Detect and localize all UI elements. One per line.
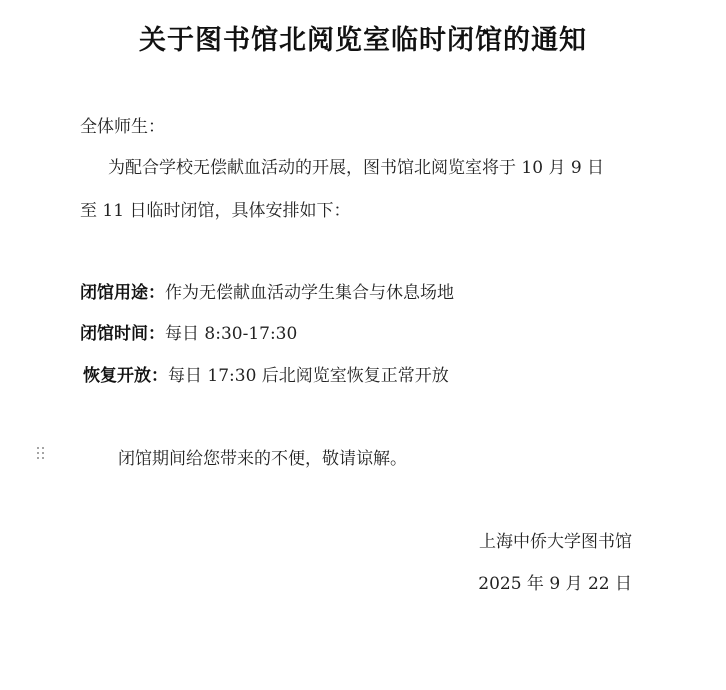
intro-line-1: 为配合学校无偿献血活动的开展，图书馆北阅览室将于 10 月 9 日: [108, 153, 604, 178]
detail-reopen-label: 恢复开放：: [83, 366, 168, 386]
apology: 闭馆期间给您带来的不便，敬请谅解。: [118, 444, 407, 469]
notice-title: 关于图书馆北阅览室临时闭馆的通知: [0, 18, 726, 57]
detail-purpose-label: 闭馆用途：: [80, 283, 165, 303]
detail-time-value: 每日 8:30-17:30: [165, 324, 297, 344]
signature: 上海中侨大学图书馆: [479, 527, 632, 552]
intro-line-2: 至 11 日临时闭馆，具体安排如下：: [80, 196, 350, 221]
detail-purpose: 闭馆用途：作为无偿献血活动学生集合与休息场地: [80, 278, 454, 303]
drag-handle-icon[interactable]: [37, 447, 47, 463]
detail-reopen-value: 每日 17:30 后北阅览室恢复正常开放: [168, 366, 449, 386]
detail-purpose-value: 作为无偿献血活动学生集合与休息场地: [165, 283, 454, 303]
salutation: 全体师生：: [80, 112, 165, 137]
notice-date: 2025 年 9 月 22 日: [478, 569, 632, 594]
detail-reopen: 恢复开放：每日 17:30 后北阅览室恢复正常开放: [83, 361, 449, 386]
detail-time: 闭馆时间：每日 8:30-17:30: [80, 319, 297, 344]
detail-time-label: 闭馆时间：: [80, 324, 165, 344]
